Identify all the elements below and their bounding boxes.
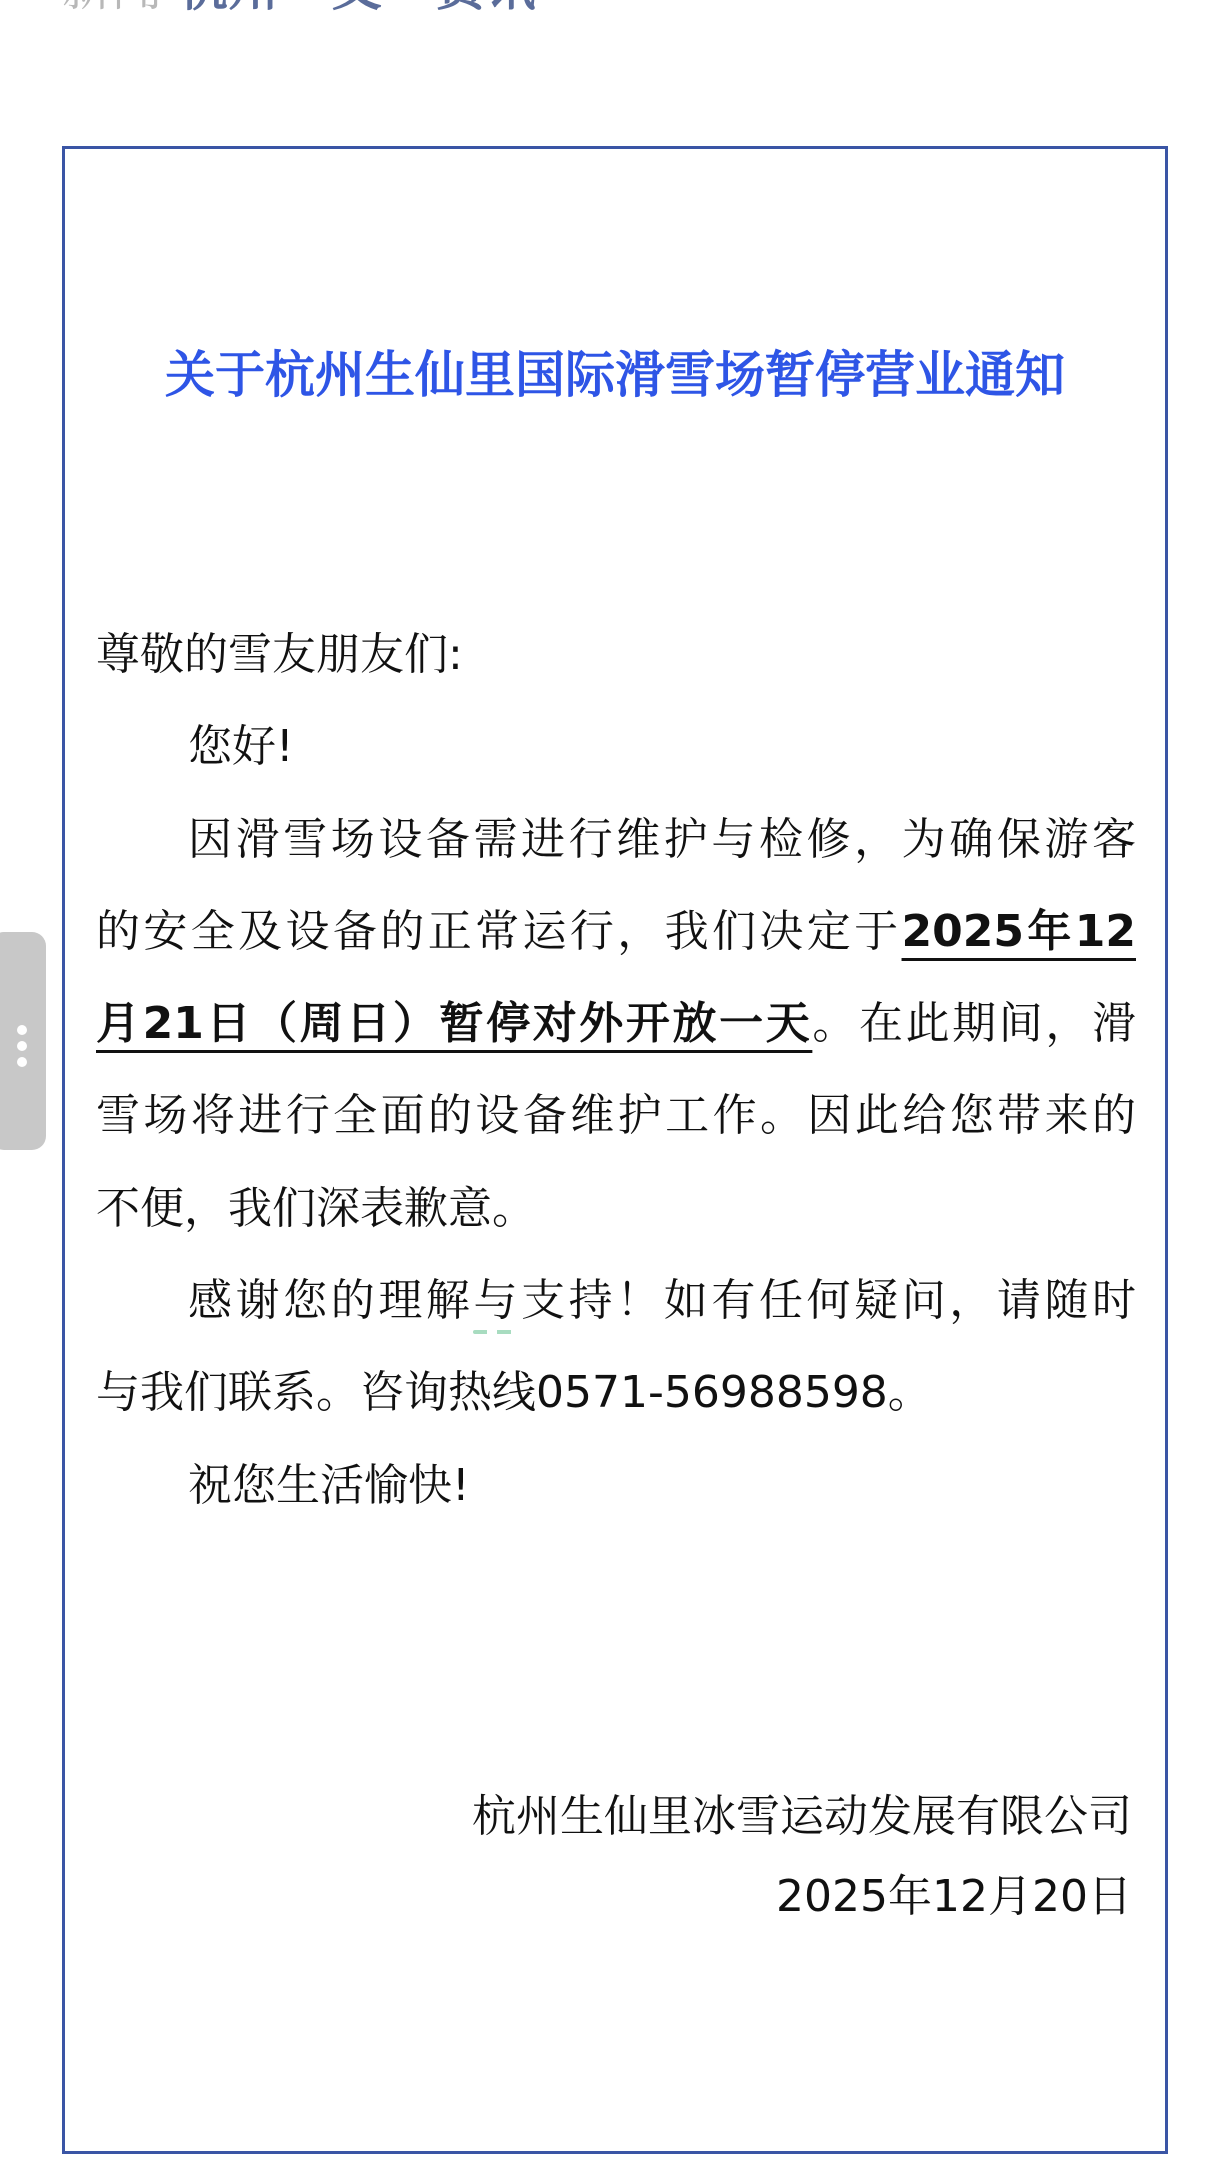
top-cut-off-header: 新闻 杭州 · 文 · 资讯 <box>62 0 536 16</box>
closure-date-emphasis-cont: 月21日（周日）暂停对外开放一天 <box>96 998 812 1049</box>
para1-line1: 因滑雪场设备需进行维护与检修，为确保游客 <box>96 794 1136 886</box>
closing: 祝您生活愉快! <box>96 1440 1136 1532</box>
notice-document: 关于杭州生仙里国际滑雪场暂停营业通知 尊敬的雪友朋友们: 您好! 因滑雪场设备需… <box>62 146 1168 2154</box>
dashed-underline-icon <box>473 1330 513 1334</box>
para1-line2-plain: 的安全及设备的正常运行，我们决定于 <box>96 906 902 957</box>
para2-line1: 感谢您的理解与支持！如有任何疑问，请随时 <box>96 1255 1136 1347</box>
grammar-mark-text: 与 <box>473 1275 521 1326</box>
para2-line1-a: 感谢您的理解 <box>188 1275 473 1326</box>
more-vertical-icon-dot <box>17 1041 27 1051</box>
greeting: 您好! <box>96 701 1136 793</box>
signature-date: 2025年12月20日 <box>472 1857 1132 1937</box>
notice-body: 尊敬的雪友朋友们: 您好! 因滑雪场设备需进行维护与检修，为确保游客 的安全及设… <box>96 609 1136 1532</box>
grammar-mark[interactable]: 与 <box>473 1275 521 1326</box>
side-drawer-handle[interactable] <box>0 932 46 1150</box>
para1-line5: 不便，我们深表歉意。 <box>96 1163 1136 1255</box>
para1-line3: 月21日（周日）暂停对外开放一天。在此期间，滑 <box>96 978 1136 1070</box>
para2-line1-b: 支持！如有任何疑问，请随时 <box>521 1275 1136 1326</box>
notice-title: 关于杭州生仙里国际滑雪场暂停营业通知 <box>65 345 1165 405</box>
top-cut-blue-text: 杭州 · 文 · 资讯 <box>178 0 536 17</box>
signature-company: 杭州生仙里冰雪运动发展有限公司 <box>472 1777 1132 1857</box>
top-cut-gray-text: 新闻 <box>62 0 162 17</box>
para1-line2: 的安全及设备的正常运行，我们决定于2025年12 <box>96 886 1136 978</box>
salutation: 尊敬的雪友朋友们: <box>96 609 1136 701</box>
para1-line4: 雪场将进行全面的设备维护工作。因此给您带来的 <box>96 1070 1136 1162</box>
closure-date-emphasis: 2025年12 <box>902 906 1136 957</box>
more-vertical-icon-dot <box>17 1057 27 1067</box>
para2-line2: 与我们联系。咨询热线0571-56988598。 <box>96 1347 1136 1439</box>
para1-line3-plain: 。在此期间，滑 <box>812 998 1136 1049</box>
signature-block: 杭州生仙里冰雪运动发展有限公司 2025年12月20日 <box>472 1777 1132 1937</box>
more-vertical-icon-dot <box>17 1025 27 1035</box>
